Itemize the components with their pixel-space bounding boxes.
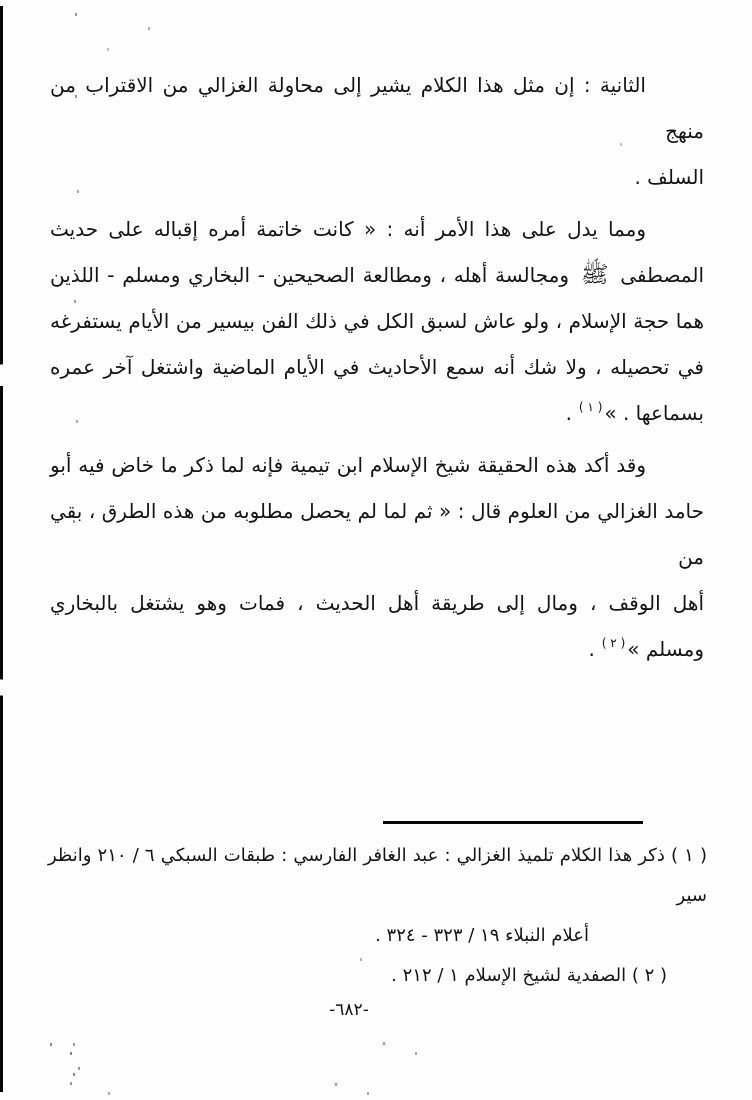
footnote-reference-2: ( ٢ ) <box>602 636 625 650</box>
paragraph-1-line-1: الثانية : إن مثل هذا الكلام يشير إلى محا… <box>50 62 704 154</box>
paragraph-2-closing-text: بسماعها . » <box>604 401 704 425</box>
paragraph-2-line-4: في تحصيله ، ولا شك أنه سمع الأحاديث في ا… <box>50 344 704 390</box>
scan-edge-artifact <box>0 6 3 1092</box>
footnote-2: ( ٢ ) الصفدية لشيخ الإسلام ١ / ٢١٢ . <box>48 956 707 996</box>
footnote-separator-line <box>383 821 643 824</box>
paragraph-3-line-4: ومسلم »( ٢ ). <box>50 626 704 672</box>
paragraph-3-line-2: حامد الغزالي من العلوم قال : « ثم لما لم… <box>50 488 704 580</box>
scanned-book-page: الثانية : إن مثل هذا الكلام يشير إلى محا… <box>0 0 752 1100</box>
paragraph-2-line-3: هما حجة الإسلام ، ولو عاش لسبق الكل في ذ… <box>50 298 704 344</box>
paragraph-2-line-2-text: المصطفى <box>620 263 704 287</box>
paragraph-1: الثانية : إن مثل هذا الكلام يشير إلى محا… <box>50 62 704 200</box>
paragraph-3-line-1: وقد أكد هذه الحقيقة شيخ الإسلام ابن تيمي… <box>50 442 704 488</box>
paragraph-3-line-3: أهل الوقف ، ومال إلى طريقة أهل الحديث ، … <box>50 580 704 626</box>
paragraph-2-line-1: ومما يدل على هذا الأمر أنه : « كانت خاتم… <box>50 206 704 252</box>
paragraph-3-closing-text: ومسلم » <box>627 637 704 661</box>
page-number: -٦٨٢- <box>329 1000 369 1020</box>
paragraph-2: ومما يدل على هذا الأمر أنه : « كانت خاتم… <box>50 206 704 436</box>
sallallahu-alayhi-wasallam-symbol: ﷺ <box>581 262 609 288</box>
footnote-reference-1: ( ١ ) <box>579 400 602 414</box>
paragraph-2-final-period: . <box>566 401 572 425</box>
footnotes-block: ( ١ ) ذكر هذا الكلام تلميذ الغزالي : عبد… <box>48 836 707 996</box>
footnote-1-line-2: أعلام النبلاء ١٩ / ٣٢٣ - ٣٢٤ . <box>48 916 707 956</box>
footnote-1-line-1: ( ١ ) ذكر هذا الكلام تلميذ الغزالي : عبد… <box>48 836 707 916</box>
paragraph-3: وقد أكد هذه الحقيقة شيخ الإسلام ابن تيمي… <box>50 442 704 672</box>
scan-noise-specks <box>0 0 2 3</box>
paragraph-3-final-period: . <box>588 637 594 661</box>
main-text-block: الثانية : إن مثل هذا الكلام يشير إلى محا… <box>50 62 704 678</box>
paragraph-1-line-2: السلف . <box>50 154 704 200</box>
paragraph-2-line-2-text-continued: ومجالسة أهله ، ومطالعة الصحيحين - البخار… <box>50 263 569 287</box>
paragraph-2-line-5: بسماعها . »( ١ ). <box>50 390 704 436</box>
paragraph-2-line-2: المصطفى ﷺ ومجالسة أهله ، ومطالعة الصحيحي… <box>50 252 704 298</box>
